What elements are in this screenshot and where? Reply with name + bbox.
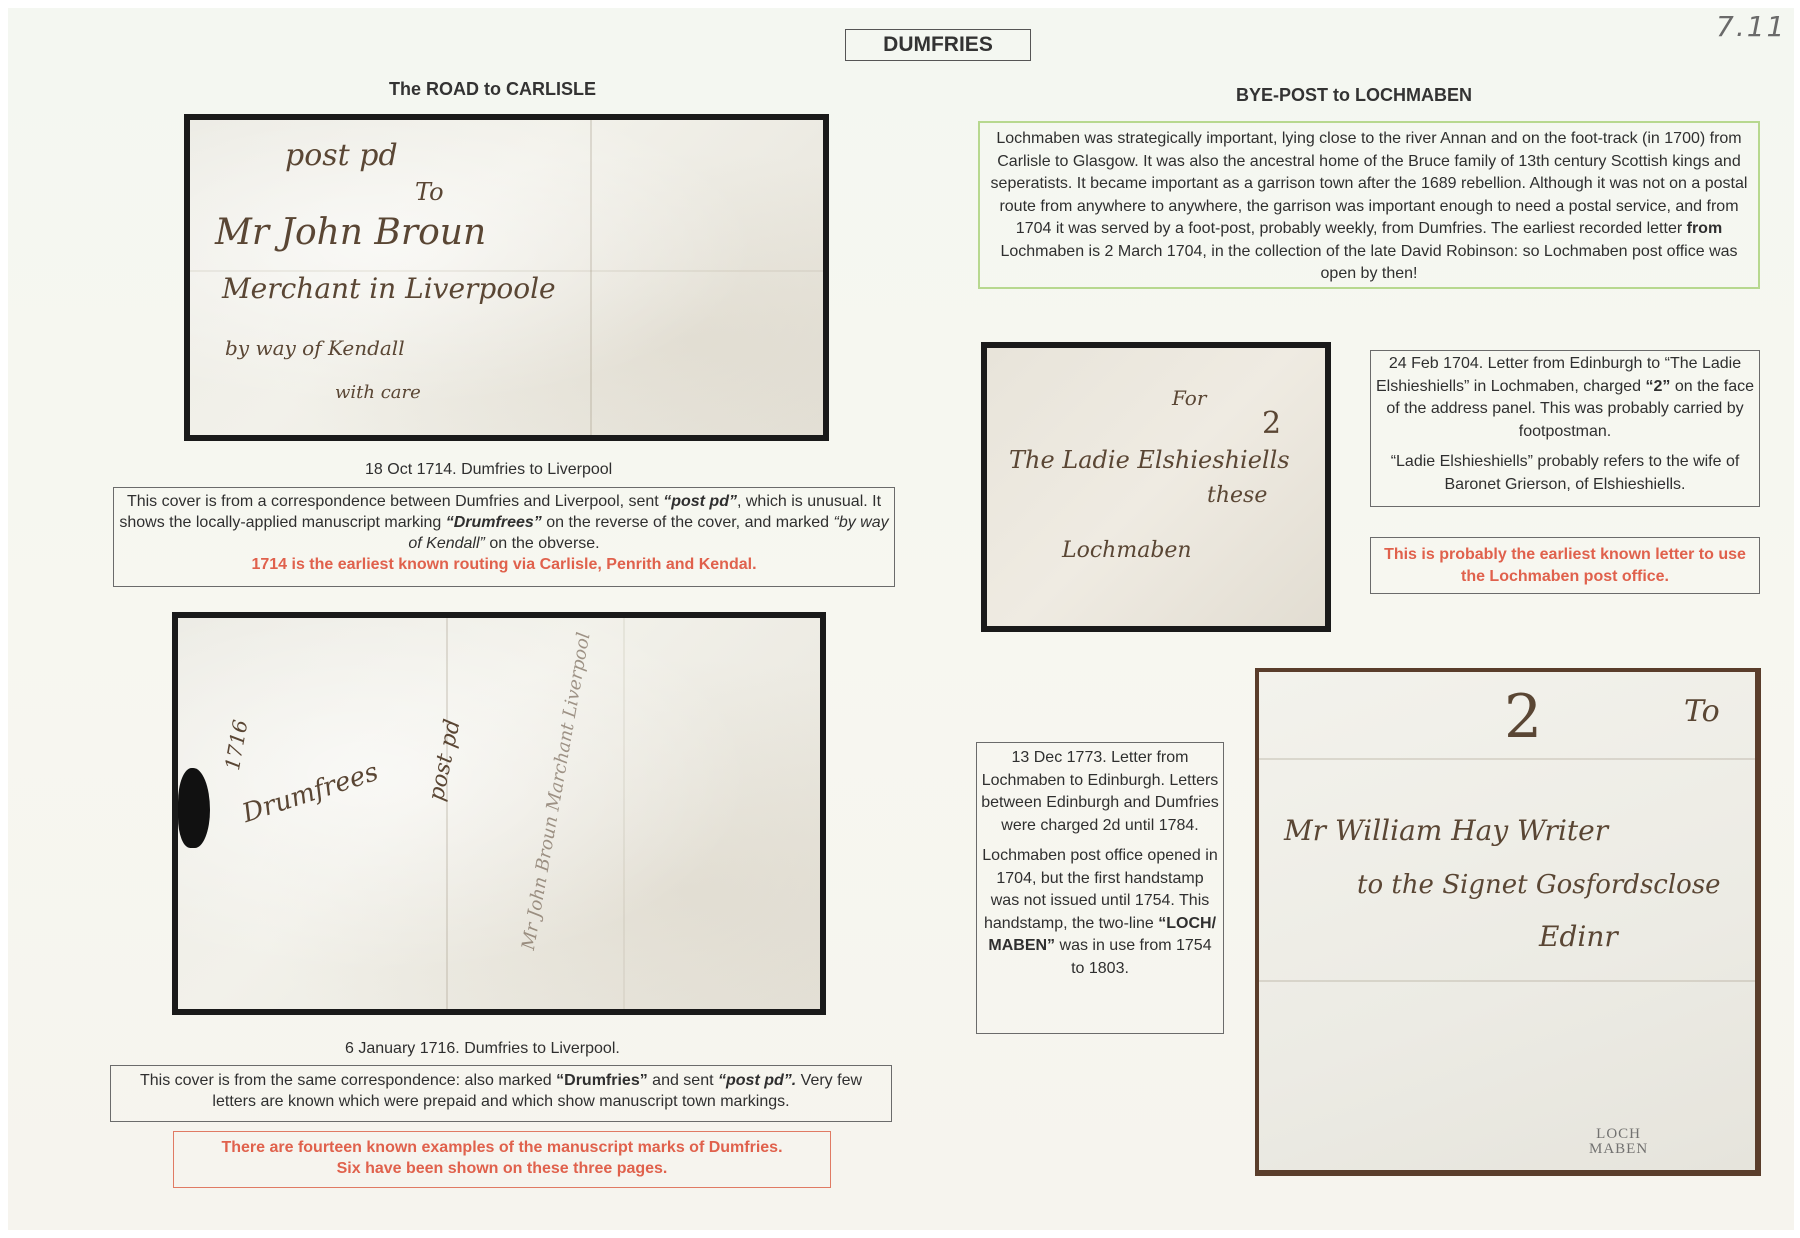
manuscript-lochmaben: Lochmaben bbox=[1062, 538, 1192, 563]
cover-1714-description-box: This cover is from a correspondence betw… bbox=[113, 487, 895, 587]
note-line-1: There are fourteen known examples of the… bbox=[174, 1137, 830, 1158]
manuscript-these: these bbox=[1207, 483, 1267, 508]
manuscript-for: For bbox=[1172, 386, 1206, 410]
lochmaben-intro-text: Lochmaben was strategically important, l… bbox=[988, 128, 1750, 286]
lochmaben-intro-box: Lochmaben was strategically important, l… bbox=[978, 121, 1760, 289]
section-heading-bye-post-lochmaben: BYE-POST to LOCHMABEN bbox=[1236, 85, 1472, 106]
manuscript-addressee: The Ladie Elshieshiells bbox=[1009, 446, 1290, 474]
manuscript-drumfrees: Drumfrees bbox=[239, 757, 382, 829]
manuscript-edinr: Edinr bbox=[1539, 920, 1618, 953]
manuscript-to: To bbox=[1684, 694, 1720, 729]
manuscript-addressee: Mr William Hay Writer bbox=[1284, 814, 1608, 847]
cover-paper: 2 To Mr William Hay Writer to the Signet… bbox=[1259, 672, 1755, 1170]
manuscript-date: 1716 bbox=[220, 718, 252, 772]
loch-maben-handstamp: LOCH MABEN bbox=[1589, 1127, 1648, 1157]
cover-1704-note-box: This is probably the earliest known lett… bbox=[1370, 537, 1760, 594]
manuscript-addressee: Mr John Broun bbox=[215, 212, 486, 253]
manuscript-address-line: to the Signet Gosfordsclose bbox=[1357, 870, 1721, 900]
cover-1716-description: This cover is from the same corresponden… bbox=[123, 1070, 879, 1112]
cover-1704-description-box: 24 Feb 1704. Letter from Edinburgh to “T… bbox=[1370, 350, 1760, 507]
manuscript-post-pd: post pd bbox=[424, 717, 466, 803]
cover-1773-image: 2 To Mr William Hay Writer to the Signet… bbox=[1255, 668, 1761, 1176]
cover-1773-description-1: 13 Dec 1773. Letter from Lochmaben to Ed… bbox=[981, 747, 1219, 837]
cover-1704-note: This is probably the earliest known lett… bbox=[1381, 544, 1749, 588]
note-line-2: Six have been shown on these three pages… bbox=[174, 1158, 830, 1179]
manuscript-address-line: Merchant in Liverpoole bbox=[222, 272, 556, 305]
section-heading-road-to-carlisle: The ROAD to CARLISLE bbox=[389, 79, 596, 100]
wax-seal bbox=[178, 768, 210, 848]
cover-paper: Drumfrees post pd 1716 Mr John Broun Mar… bbox=[178, 618, 820, 1009]
manuscript-with-care: with care bbox=[335, 382, 421, 403]
manuscript-charge-2: 2 bbox=[1262, 406, 1281, 441]
cover-paper: For 2 The Ladie Elshieshiells these Loch… bbox=[987, 348, 1325, 626]
cover-1714-caption: 18 Oct 1714. Dumfries to Liverpool bbox=[365, 461, 612, 479]
page-number: 7.11 bbox=[1716, 10, 1786, 43]
cover-1704-description-2: “Ladie Elshieshiells” probably refers to… bbox=[1371, 451, 1759, 496]
cover-1716-caption: 6 January 1716. Dumfries to Liverpool. bbox=[345, 1040, 620, 1058]
cover-1773-description-2: Lochmaben post office opened in 1704, bu… bbox=[981, 845, 1219, 980]
cover-paper: post pd To Mr John Broun Merchant in Liv… bbox=[190, 120, 823, 435]
manuscript-charge-2: 2 bbox=[1504, 682, 1542, 752]
manuscript-by-way-of-kendall: by way of Kendall bbox=[225, 336, 405, 360]
manuscript-to: To bbox=[415, 178, 444, 206]
manuscript-post-pd: post pd bbox=[285, 138, 398, 173]
page-title: DUMFRIES bbox=[845, 29, 1031, 61]
cover-1714-image: post pd To Mr John Broun Merchant in Liv… bbox=[184, 114, 829, 441]
cover-1716-image: Drumfrees post pd 1716 Mr John Broun Mar… bbox=[172, 612, 826, 1015]
cover-1716-description-box: This cover is from the same corresponden… bbox=[110, 1065, 892, 1122]
handstamp-line-2: MABEN bbox=[1589, 1142, 1648, 1157]
cover-1714-description: This cover is from a correspondence betw… bbox=[114, 491, 894, 554]
manuscript-address: Mr John Broun Marchant Liverpool bbox=[518, 631, 595, 952]
cover-1773-description-box: 13 Dec 1773. Letter from Lochmaben to Ed… bbox=[976, 742, 1224, 1034]
cover-1704-description-1: 24 Feb 1704. Letter from Edinburgh to “T… bbox=[1371, 353, 1759, 443]
cover-1714-highlight: 1714 is the earliest known routing via C… bbox=[114, 554, 894, 575]
dumfries-manuscript-note-box: There are fourteen known examples of the… bbox=[173, 1131, 831, 1188]
handstamp-line-1: LOCH bbox=[1589, 1127, 1648, 1142]
cover-1704-image: For 2 The Ladie Elshieshiells these Loch… bbox=[981, 342, 1331, 632]
